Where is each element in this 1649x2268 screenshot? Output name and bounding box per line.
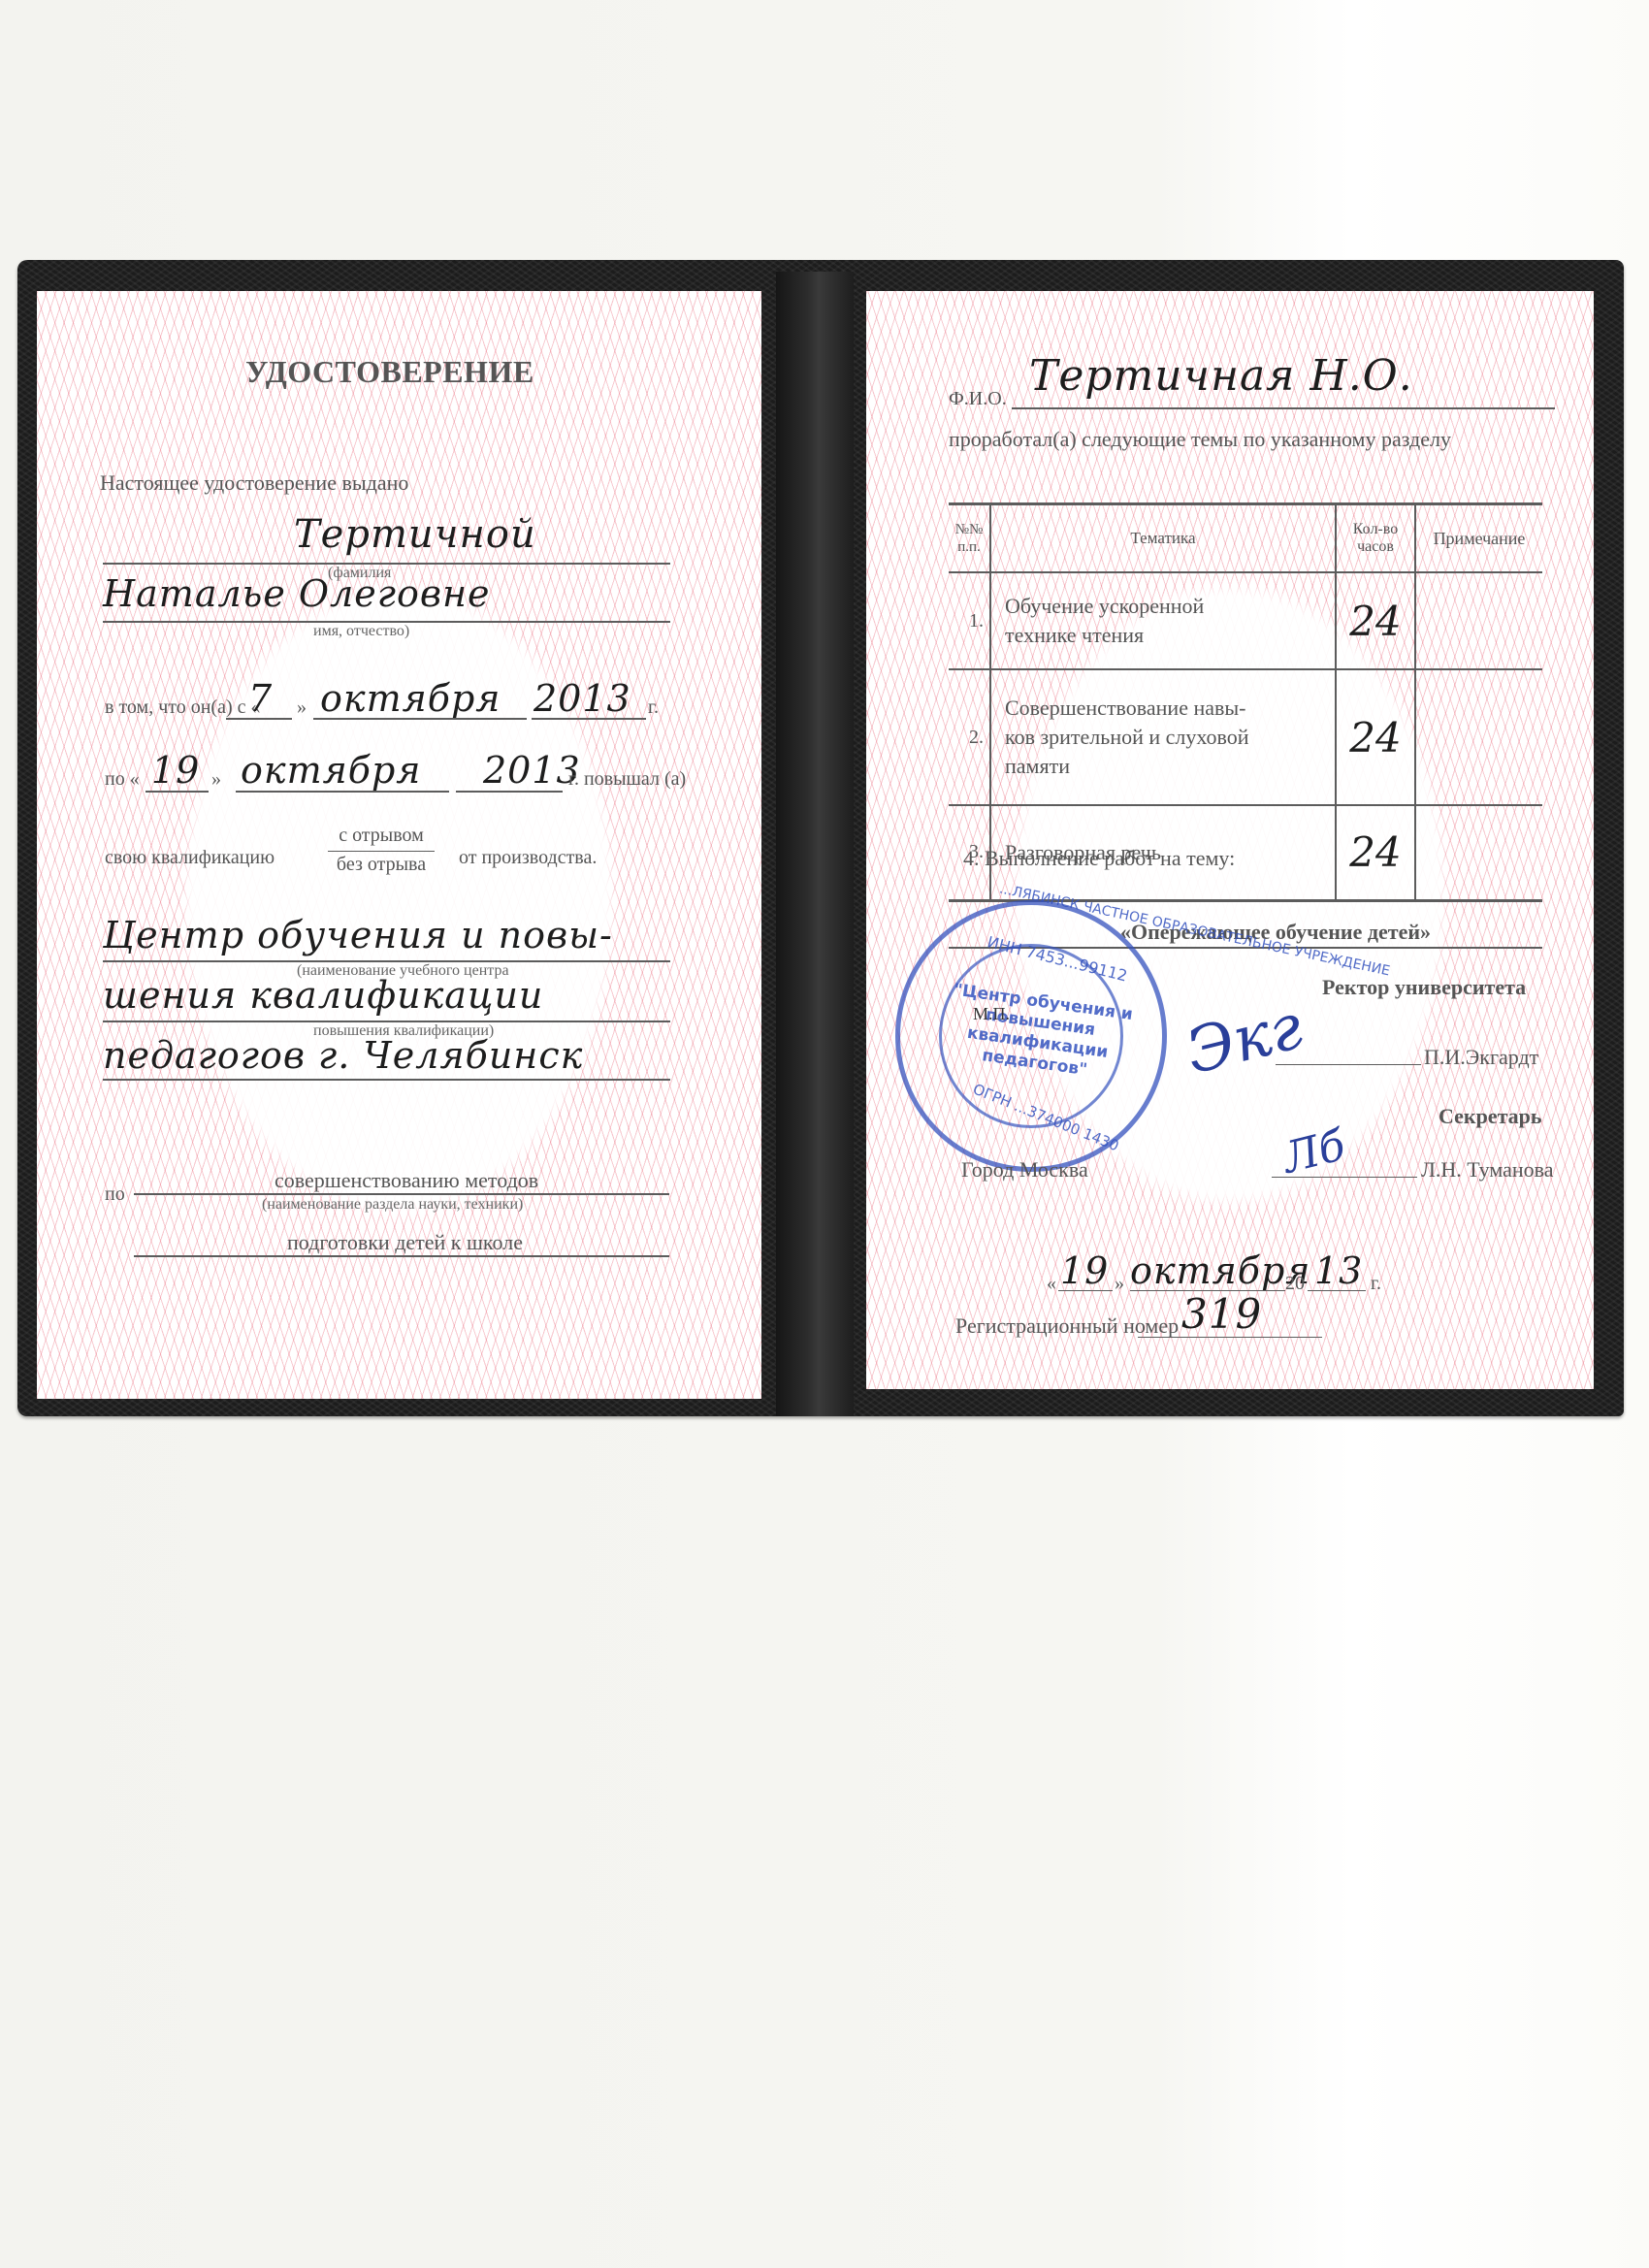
from-month: октября bbox=[320, 677, 501, 720]
from-prefix: в том, что он(а) с « bbox=[105, 697, 261, 719]
training-center-line-3: педагогов г. Челябинск bbox=[103, 1034, 583, 1077]
right-page: Ф.И.О. Тертичная Н.О. проработал(а) след… bbox=[866, 291, 1594, 1389]
row-number: 2. bbox=[949, 669, 990, 805]
from-quote: » bbox=[297, 697, 307, 719]
rector-signature: Экг bbox=[1180, 991, 1309, 1089]
secretary-signature: Лб bbox=[1278, 1120, 1350, 1183]
row-note bbox=[1415, 805, 1542, 900]
section-line-2: подготовки детей к школе bbox=[287, 1230, 523, 1255]
to-prefix: по « bbox=[105, 768, 140, 791]
mode-without-leave: без отрыва bbox=[328, 854, 435, 876]
issue-month: октября bbox=[1130, 1249, 1310, 1292]
row-topic: Обучение ускореннойтехнике чтения bbox=[990, 572, 1336, 669]
header-topic: Тематика bbox=[990, 504, 1336, 573]
registration-label: Регистрационный номер bbox=[955, 1313, 1179, 1339]
row-hours: 24 bbox=[1336, 669, 1415, 805]
section-line-1: совершенствованию методов bbox=[275, 1168, 538, 1193]
rector-title: Ректор университета bbox=[1322, 975, 1526, 1000]
production-label: от производства. bbox=[459, 847, 597, 869]
qualification-label: свою квалификацию bbox=[105, 847, 275, 869]
to-day: 19 bbox=[151, 749, 200, 792]
surname-value: Тертичной bbox=[294, 512, 536, 557]
training-center-line-1: Центр обучения и повы- bbox=[103, 914, 613, 956]
official-stamp: ...ЛЯБИНСК ЧАСТНОЕ ОБРАЗОВАТЕЛЬНОЕ УЧРЕЖ… bbox=[895, 900, 1167, 1172]
city-label: Город Москва bbox=[961, 1157, 1088, 1183]
section-caption: (наименование раздела науки, техники) bbox=[262, 1196, 523, 1214]
row-hours: 24 bbox=[1336, 805, 1415, 900]
issue-century: 20 bbox=[1285, 1273, 1305, 1295]
issue-year: 13 bbox=[1314, 1249, 1363, 1292]
from-day: 7 bbox=[248, 677, 273, 720]
row-note bbox=[1415, 669, 1542, 805]
training-center-line-2: шения квалификации bbox=[103, 974, 543, 1017]
row-note bbox=[1415, 572, 1542, 669]
worked-topics-label: проработал(а) следующие темы по указанно… bbox=[949, 427, 1451, 452]
left-page: УДОСТОВЕРЕНИЕ Настоящее удостоверение вы… bbox=[37, 291, 761, 1399]
table-row: 1. Обучение ускореннойтехнике чтения 24 bbox=[949, 572, 1542, 669]
row-hours: 24 bbox=[1336, 572, 1415, 669]
stamp-place-mark: М.П. bbox=[973, 1004, 1010, 1024]
issue-day: 19 bbox=[1060, 1249, 1109, 1292]
topics-table: №№п.п. Тематика Кол-вочасов Примечание 1… bbox=[949, 502, 1542, 902]
date-close-quote: » bbox=[1115, 1273, 1124, 1295]
header-note: Примечание bbox=[1415, 504, 1542, 573]
to-suffix: г. повышал (а) bbox=[568, 768, 686, 791]
secretary-name: Л.Н. Туманова bbox=[1421, 1157, 1554, 1183]
fio-label: Ф.И.О. bbox=[949, 388, 1007, 410]
to-year: 2013 bbox=[483, 749, 581, 792]
table-header-row: №№п.п. Тематика Кол-вочасов Примечание bbox=[949, 504, 1542, 573]
section-prefix: по bbox=[105, 1183, 125, 1206]
header-number: №№п.п. bbox=[949, 504, 990, 573]
secretary-title: Секретарь bbox=[1439, 1104, 1542, 1129]
rector-name: П.И.Экгардт bbox=[1424, 1045, 1538, 1070]
to-quote: » bbox=[211, 768, 221, 791]
from-suffix: г. bbox=[648, 697, 659, 719]
registration-number: 319 bbox=[1181, 1290, 1262, 1338]
from-year: 2013 bbox=[533, 677, 631, 720]
fio-value: Тертичная Н.О. bbox=[1029, 351, 1413, 401]
cover-spine bbox=[776, 272, 854, 1416]
certificate-title: УДОСТОВЕРЕНИЕ bbox=[245, 354, 534, 390]
header-hours: Кол-вочасов bbox=[1336, 504, 1415, 573]
date-suffix: г. bbox=[1371, 1273, 1381, 1295]
mode-with-leave: с отрывом bbox=[328, 825, 435, 847]
work-label: 4. Выполнение работ на тему: bbox=[963, 846, 1235, 871]
issued-to-label: Настоящее удостоверение выдано bbox=[100, 470, 408, 496]
name-patronymic-value: Наталье Олеговне bbox=[103, 572, 491, 615]
to-month: октября bbox=[241, 749, 421, 792]
row-topic: Совершенствование навы-ков зрительной и … bbox=[990, 669, 1336, 805]
row-number: 1. bbox=[949, 572, 990, 669]
name-caption: имя, отчество) bbox=[313, 623, 409, 640]
table-row: 2. Совершенствование навы-ков зрительной… bbox=[949, 669, 1542, 805]
date-open-quote: « bbox=[1047, 1273, 1056, 1295]
